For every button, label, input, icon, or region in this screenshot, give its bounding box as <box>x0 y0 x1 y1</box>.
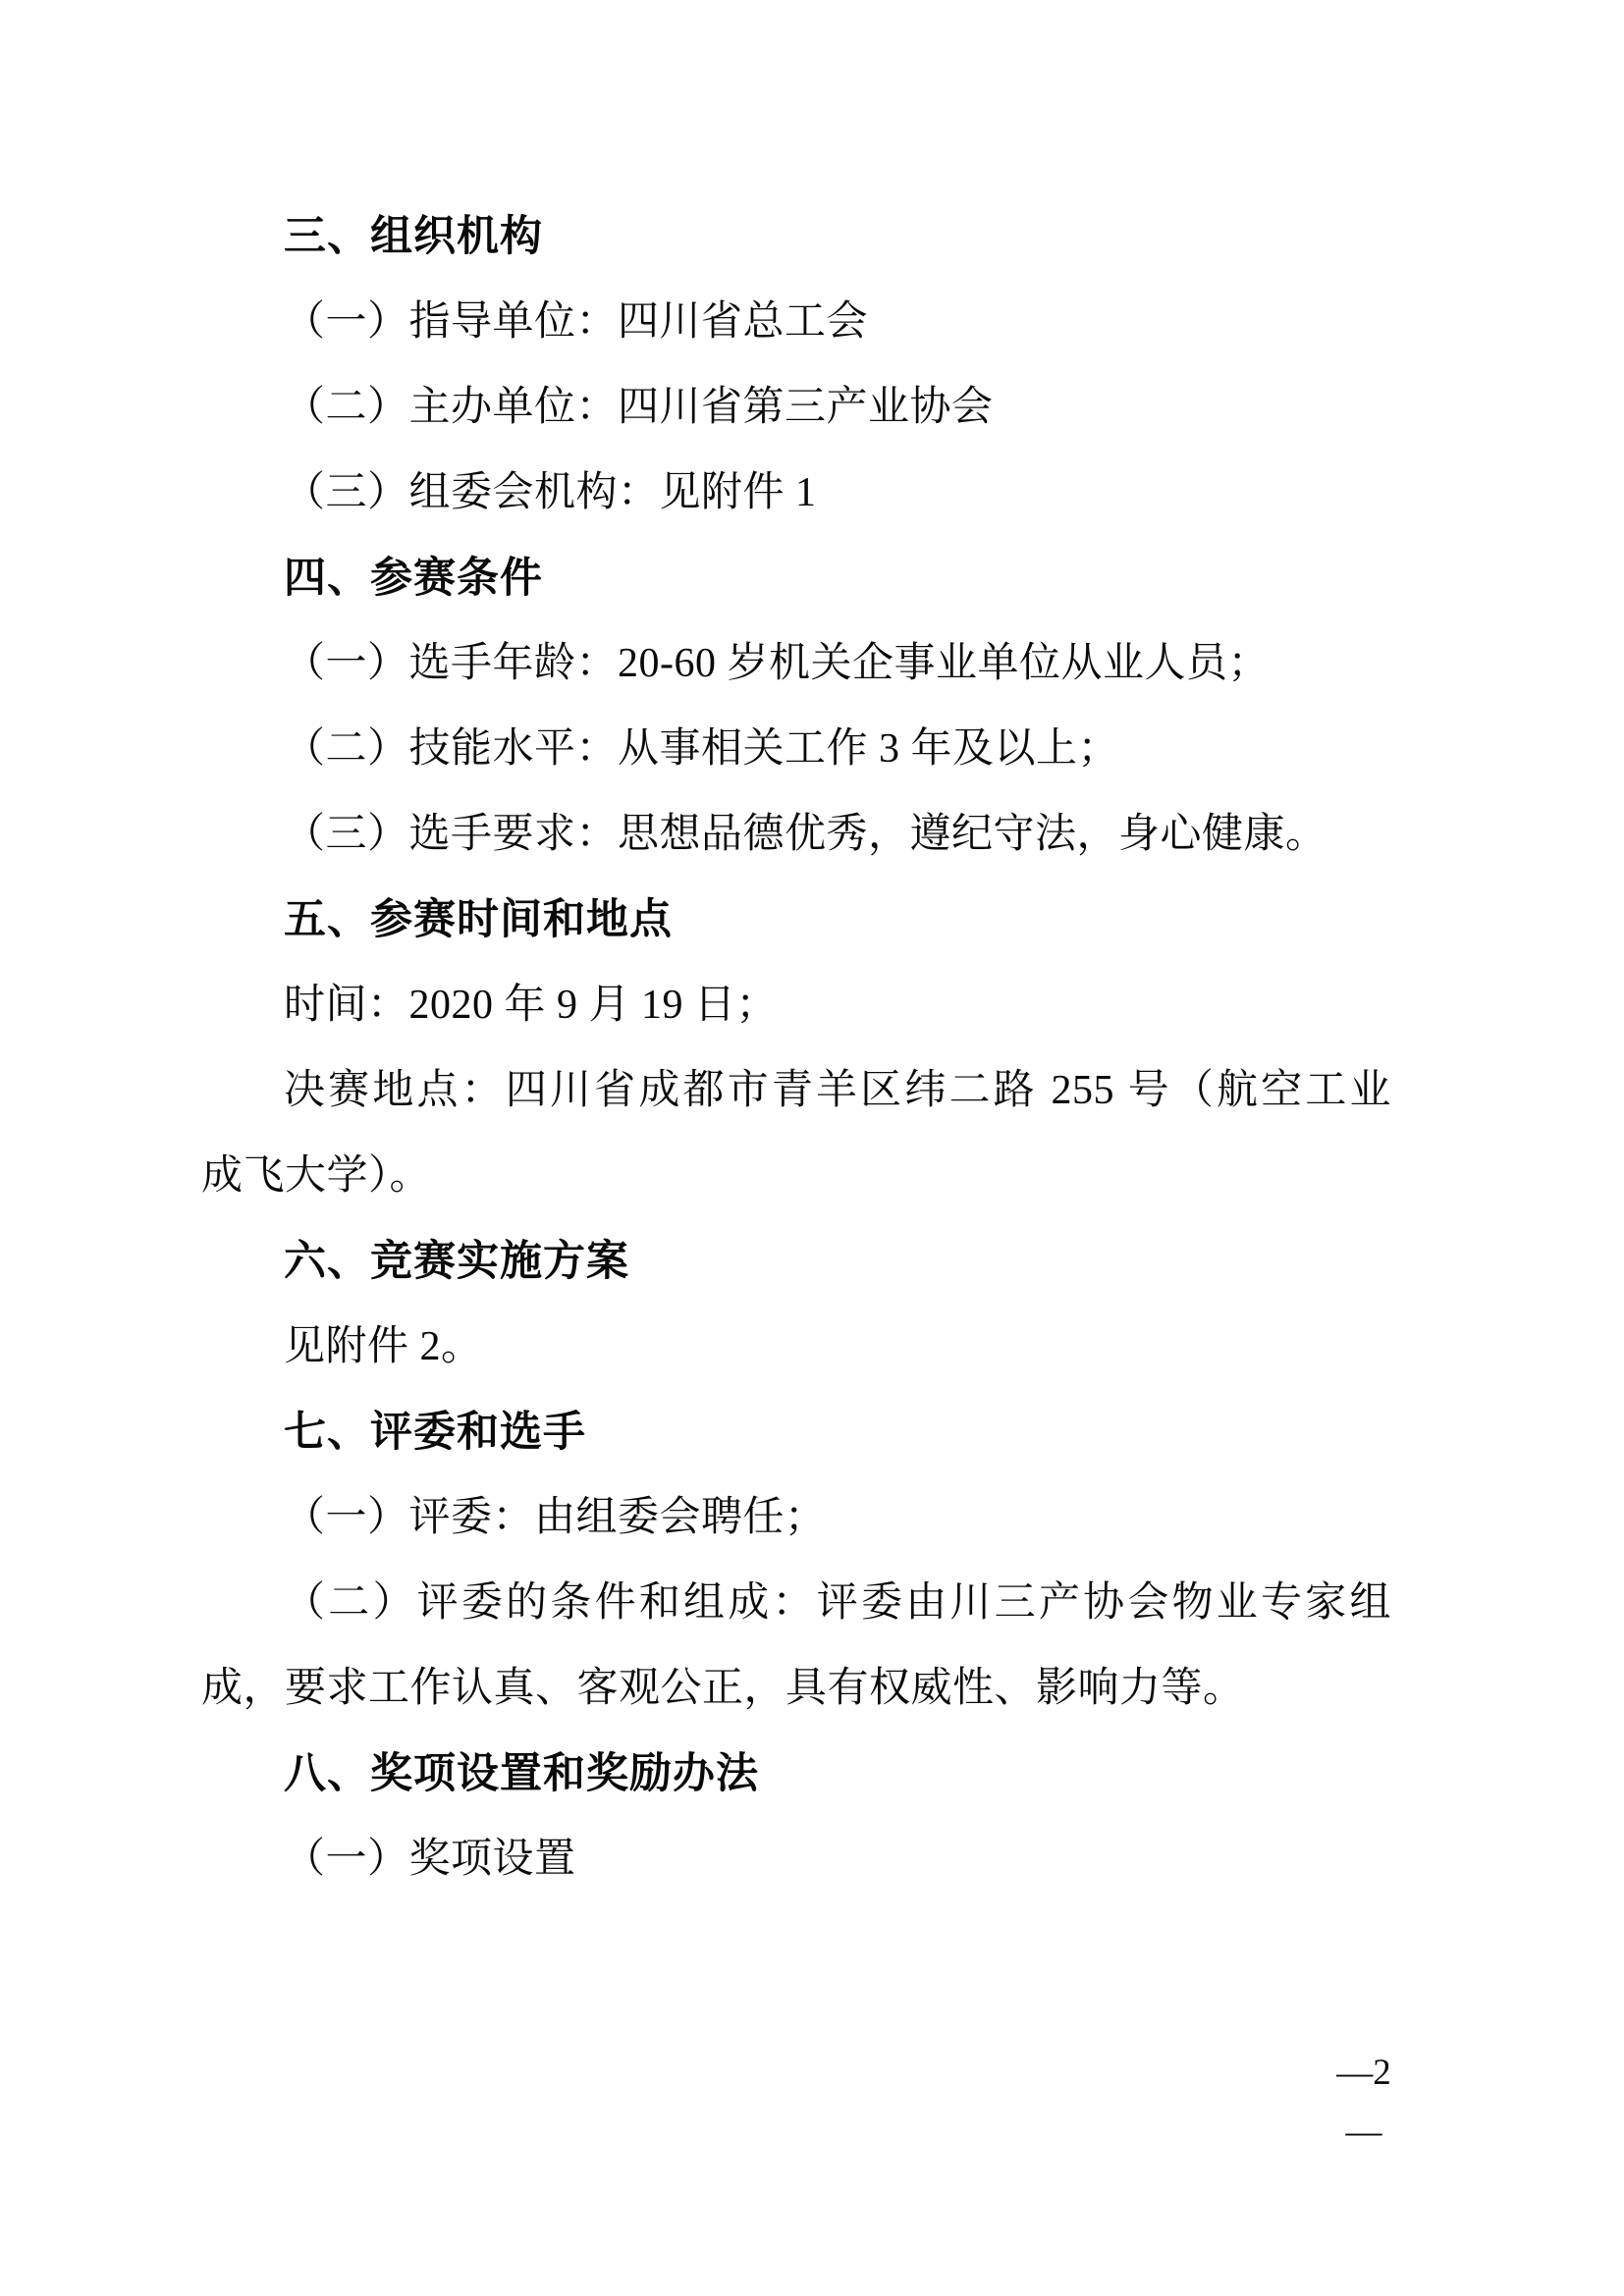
text-line: （一）选手年龄：20-60 岁机关企事业单位从业人员； <box>201 621 1391 707</box>
document-page: 三、组织机构（一）指导单位：四川省总工会（二）主办单位：四川省第三产业协会（三）… <box>0 0 1624 2296</box>
section-heading: 三、组织机构 <box>201 194 1391 280</box>
section-heading: 六、竞赛实施方案 <box>201 1219 1391 1305</box>
section-heading: 五、参赛时间和地点 <box>201 878 1391 963</box>
section-heading: 四、参赛条件 <box>201 536 1391 621</box>
text-line: 时间：2020 年 9 月 19 日； <box>201 963 1391 1048</box>
page-number: —2— <box>1320 2044 1408 2103</box>
text-line: （一）指导单位：四川省总工会 <box>201 280 1391 365</box>
text-line: （三）组委会机构：见附件 1 <box>201 451 1391 536</box>
text-line: （一）评委：由组委会聘任； <box>201 1475 1391 1561</box>
text-line: 见附件 2。 <box>201 1305 1391 1390</box>
text-line: 成，要求工作认真、客观公正，具有权威性、影响力等。 <box>201 1646 1391 1732</box>
text-line: （二）评委的条件和组成：评委由川三产协会物业专家组 <box>201 1561 1391 1646</box>
text-line: （二）主办单位：四川省第三产业协会 <box>201 365 1391 451</box>
document-body: 三、组织机构（一）指导单位：四川省总工会（二）主办单位：四川省第三产业协会（三）… <box>201 194 1391 1902</box>
text-line: （三）选手要求：思想品德优秀，遵纪守法，身心健康。 <box>201 792 1391 878</box>
section-heading: 七、评委和选手 <box>201 1390 1391 1475</box>
section-heading: 八、奖项设置和奖励办法 <box>201 1732 1391 1817</box>
text-line: 成飞大学）。 <box>201 1134 1391 1219</box>
text-line: （一）奖项设置 <box>201 1817 1391 1902</box>
text-line: （二）技能水平：从事相关工作 3 年及以上； <box>201 707 1391 792</box>
text-line: 决赛地点：四川省成都市青羊区纬二路 255 号（航空工业 <box>201 1048 1391 1134</box>
